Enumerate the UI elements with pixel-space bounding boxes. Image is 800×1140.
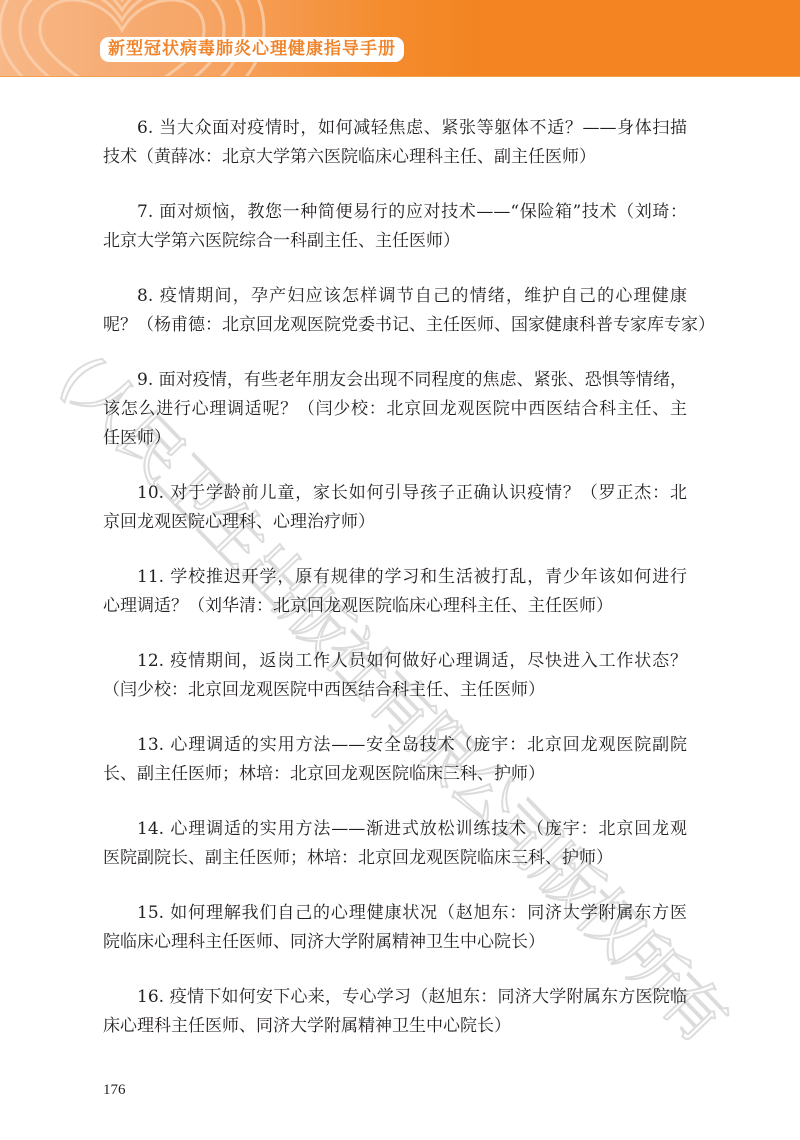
entry-text-line: 7. 面对烦恼，教您一种简便易行的应对技术——“保险箱”技术（刘琦：	[103, 198, 687, 227]
entry-text-line: 任医师）	[103, 424, 687, 453]
header-divider	[0, 76, 800, 77]
entry-text-line: 呢？（杨甫德：北京回龙观医院党委书记、主任医师、国家健康科普专家库专家）	[103, 311, 687, 340]
list-item: 12. 疫情期间，返岗工作人员如何做好心理调适，尽快进入工作状态？ （闫少校：北…	[103, 647, 687, 705]
list-item: 10. 对于学龄前儿童，家长如何引导孩子正确认识疫情？（罗正杰：北 京回龙观医院…	[103, 479, 687, 537]
entry-text-line: 心理调适？（刘华清：北京回龙观医院临床心理科主任、主任医师）	[103, 592, 687, 621]
list-item: 7. 面对烦恼，教您一种简便易行的应对技术——“保险箱”技术（刘琦： 北京大学第…	[103, 198, 687, 256]
entry-text-line: 床心理科主任医师、同济大学附属精神卫生中心院长）	[103, 1012, 687, 1041]
list-item: 11. 学校推迟开学，原有规律的学习和生活被打乱，青少年该如何进行 心理调适？（…	[103, 563, 687, 621]
list-item: 14. 心理调适的实用方法——渐进式放松训练技术（庞宇：北京回龙观 医院副院长、…	[103, 815, 687, 873]
entry-text-line: 14. 心理调适的实用方法——渐进式放松训练技术（庞宇：北京回龙观	[103, 815, 687, 844]
entry-text-line: 13. 心理调适的实用方法——安全岛技术（庞宇：北京回龙观医院副院	[103, 731, 687, 760]
entry-text-line: 该怎么进行心理调适呢？（闫少校：北京回龙观医院中西医结合科主任、主	[103, 395, 687, 424]
list-item: 8. 疫情期间，孕产妇应该怎样调节自己的情绪，维护自己的心理健康 呢？（杨甫德：…	[103, 282, 687, 340]
entry-text-line: 技术（黄薛冰：北京大学第六医院临床心理科主任、副主任医师）	[103, 143, 687, 172]
page-header-banner: 新型冠状病毒肺炎心理健康指导手册	[0, 0, 800, 77]
entry-text-line: 8. 疫情期间，孕产妇应该怎样调节自己的情绪，维护自己的心理健康	[103, 282, 687, 311]
entry-text-line: 北京大学第六医院综合一科副主任、主任医师）	[103, 227, 687, 256]
entry-text-line: 10. 对于学龄前儿童，家长如何引导孩子正确认识疫情？（罗正杰：北	[103, 479, 687, 508]
entry-text-line: 6. 当大众面对疫情时，如何减轻焦虑、紧张等躯体不适？——身体扫描	[103, 114, 687, 143]
book-title-label: 新型冠状病毒肺炎心理健康指导手册	[100, 37, 404, 62]
entry-text-line: 15. 如何理解我们自己的心理健康状况（赵旭东：同济大学附属东方医	[103, 899, 687, 928]
list-item: 15. 如何理解我们自己的心理健康状况（赵旭东：同济大学附属东方医 院临床心理科…	[103, 899, 687, 957]
entry-text-line: 医院副院长、副主任医师；林培：北京回龙观医院临床三科、护师）	[103, 844, 687, 873]
list-item: 9. 面对疫情，有些老年朋友会出现不同程度的焦虑、紧张、恐惧等情绪， 该怎么进行…	[103, 366, 687, 453]
reference-list: 6. 当大众面对疫情时，如何减轻焦虑、紧张等躯体不适？——身体扫描 技术（黄薛冰…	[103, 114, 687, 1067]
entry-text-line: 16. 疫情下如何安下心来，专心学习（赵旭东：同济大学附属东方医院临	[103, 983, 687, 1012]
entry-text-line: 9. 面对疫情，有些老年朋友会出现不同程度的焦虑、紧张、恐惧等情绪，	[103, 366, 687, 395]
entry-text-line: 11. 学校推迟开学，原有规律的学习和生活被打乱，青少年该如何进行	[103, 563, 687, 592]
entry-text-line: 长、副主任医师；林培：北京回龙观医院临床三科、护师）	[103, 760, 687, 789]
entry-text-line: 院临床心理科主任医师、同济大学附属精神卫生中心院长）	[103, 928, 687, 957]
entry-text-line: （闫少校：北京回龙观医院中西医结合科主任、主任医师）	[103, 676, 687, 705]
list-item: 13. 心理调适的实用方法——安全岛技术（庞宇：北京回龙观医院副院 长、副主任医…	[103, 731, 687, 789]
entry-text-line: 京回龙观医院心理科、心理治疗师）	[103, 508, 687, 537]
list-item: 16. 疫情下如何安下心来，专心学习（赵旭东：同济大学附属东方医院临 床心理科主…	[103, 983, 687, 1041]
entry-text-line: 12. 疫情期间，返岗工作人员如何做好心理调适，尽快进入工作状态？	[103, 647, 687, 676]
page-number: 176	[103, 1082, 126, 1099]
list-item: 6. 当大众面对疫情时，如何减轻焦虑、紧张等躯体不适？——身体扫描 技术（黄薛冰…	[103, 114, 687, 172]
